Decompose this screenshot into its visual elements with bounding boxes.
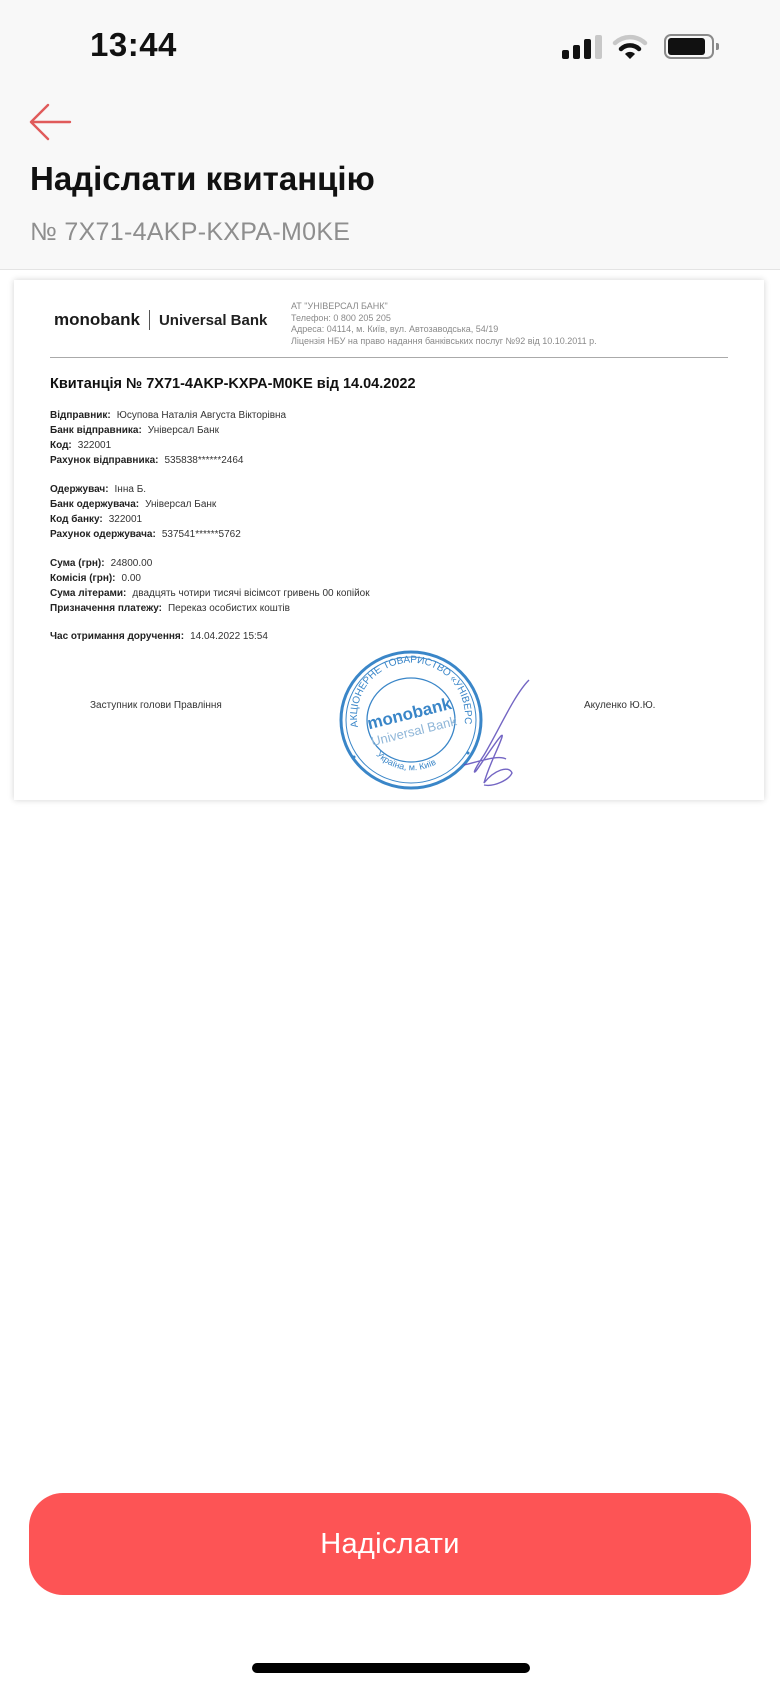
field-sender-account: Рахунок відправника:535838******2464 — [50, 453, 370, 468]
logo-bank: Universal Bank — [159, 312, 267, 329]
field-amount-words: Сума літерами:двадцять чотири тисячі віс… — [50, 586, 370, 601]
signatory-title: Заступник голови Правління — [90, 700, 222, 711]
divider — [50, 357, 728, 358]
signal-icon — [560, 32, 604, 62]
wifi-icon — [612, 32, 648, 62]
send-button[interactable]: Надіслати — [29, 1493, 751, 1595]
field-received-time: Час отримання доручення:14.04.2022 15:54 — [50, 629, 370, 644]
field-commission: Комісія (грн):0.00 — [50, 571, 370, 586]
battery-icon — [664, 34, 714, 59]
field-recipient: Одержувач:Інна Б. — [50, 482, 370, 497]
bank-license: Ліцензія НБУ на право надання банківськи… — [291, 336, 597, 348]
field-amount: Сума (грн):24800.00 — [50, 556, 370, 571]
field-sender-bank: Банк відправника:Універсал Банк — [50, 423, 370, 438]
svg-text:Україна, м. Київ: Україна, м. Київ — [375, 749, 438, 772]
field-purpose: Призначення платежу:Переказ особистих ко… — [50, 601, 370, 616]
field-recipient-bank-code: Код банку:322001 — [50, 512, 370, 527]
bank-address: Адреса: 04114, м. Київ, вул. Автозаводсь… — [291, 324, 597, 336]
home-indicator[interactable] — [252, 1663, 530, 1673]
field-sender: Відправник:Юсупова Наталія Августа Вікто… — [50, 408, 370, 423]
field-recipient-account: Рахунок одержувача:537541******5762 — [50, 527, 370, 542]
signatory-name: Акуленко Ю.Ю. — [584, 700, 655, 711]
status-icons — [560, 32, 730, 62]
receipt-fields: Відправник:Юсупова Наталія Августа Вікто… — [50, 408, 370, 644]
receipt-number: № 7X71-4AKP-KXPA-M0KE — [30, 218, 350, 247]
receipt-heading: Квитанція № 7X71-4AKP-KXPA-M0KE від 14.0… — [50, 376, 416, 392]
signature-icon — [454, 675, 574, 795]
bank-phone: Телефон: 0 800 205 205 — [291, 313, 597, 325]
field-sender-code: Код:322001 — [50, 438, 370, 453]
arrow-left-icon — [28, 100, 76, 144]
bank-logo: monobank Universal Bank — [54, 310, 267, 330]
header-area: 13:44 Надіслати квитанцію № 7X71-4AKP-KX… — [0, 0, 780, 270]
receipt-preview: monobank Universal Bank АТ "УНІВЕРСАЛ БА… — [14, 280, 764, 800]
field-recipient-bank: Банк одержувача:Універсал Банк — [50, 497, 370, 512]
back-button[interactable] — [28, 100, 76, 144]
logo-brand: monobank — [54, 310, 140, 330]
bank-name: АТ "УНІВЕРСАЛ БАНК" — [291, 301, 597, 313]
logo-divider — [149, 310, 150, 330]
page-title: Надіслати квитанцію — [30, 160, 375, 198]
bank-info: АТ "УНІВЕРСАЛ БАНК" Телефон: 0 800 205 2… — [291, 301, 597, 347]
status-time: 13:44 — [90, 26, 177, 64]
